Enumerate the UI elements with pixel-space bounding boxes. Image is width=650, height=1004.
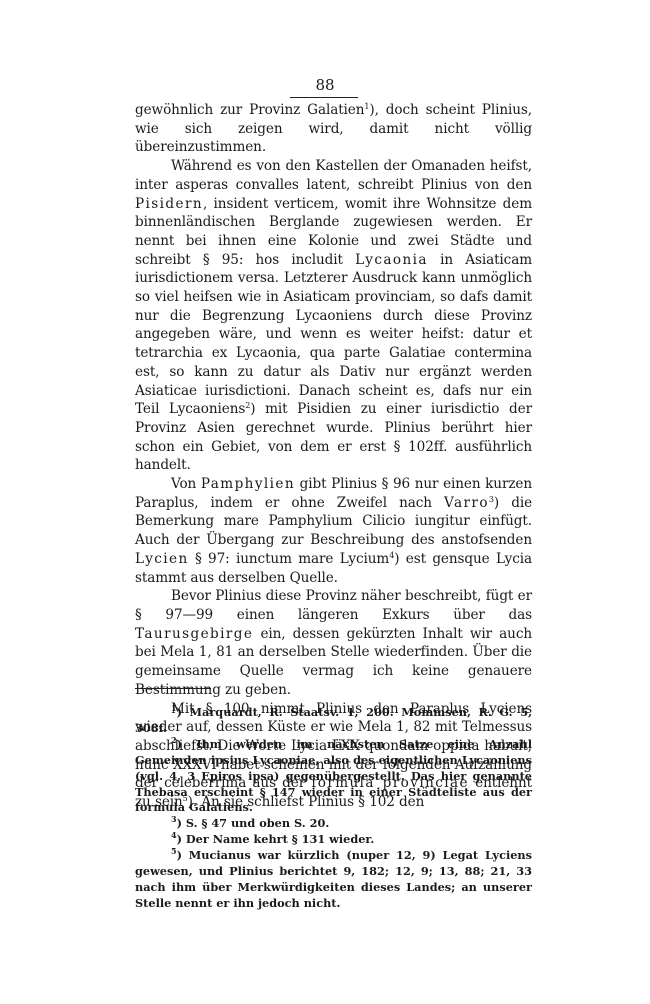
footnote-separator bbox=[135, 688, 211, 689]
paragraph: gewöhnlich zur Provinz Galatien1), doch … bbox=[135, 101, 532, 157]
footnote-mark: 5 bbox=[171, 846, 177, 856]
page-number-rule bbox=[290, 97, 358, 98]
footnote-mark: 4 bbox=[171, 830, 177, 840]
emphasized-term: Varro bbox=[444, 495, 489, 511]
footnote-mark: 2 bbox=[171, 735, 177, 745]
emphasized-term: Pamphylien bbox=[201, 476, 295, 492]
footnote-mark: 3 bbox=[171, 814, 177, 824]
footnotes: 1) Marquardt, R. Staatsv. 1, 200. Mommse… bbox=[135, 705, 532, 912]
footnote-ref: 4 bbox=[389, 551, 394, 560]
footnote-ref: 3 bbox=[489, 495, 494, 504]
emphasized-term: Lycien bbox=[135, 551, 189, 567]
footnote: 1) Marquardt, R. Staatsv. 1, 200. Mommse… bbox=[135, 705, 532, 737]
emphasized-term: Lycaonia bbox=[355, 252, 428, 268]
footnote-mark: 1 bbox=[171, 703, 177, 713]
footnote: 3) S. § 47 und oben S. 20. bbox=[135, 816, 532, 832]
footnote: 2) Ihm werden im nächsten Satze eine Anz… bbox=[135, 737, 532, 817]
footnote: 4) Der Name kehrt § 131 wieder. bbox=[135, 832, 532, 848]
footnote: 5) Mucianus war kürzlich (nuper 12, 9) L… bbox=[135, 848, 532, 912]
footnote-ref: 1 bbox=[364, 102, 369, 111]
paragraph: Während es von den Kastellen der Omanade… bbox=[135, 157, 532, 475]
paragraph: Von Pamphylien gibt Plinius § 96 nur ein… bbox=[135, 475, 532, 587]
paragraph: Bevor Plinius diese Provinz näher beschr… bbox=[135, 587, 532, 699]
emphasized-term: Pisidern bbox=[135, 196, 203, 212]
footnote-ref: 2 bbox=[245, 401, 250, 410]
page-number: 88 bbox=[0, 76, 650, 94]
emphasized-term: Taurusgebirge bbox=[135, 626, 253, 642]
